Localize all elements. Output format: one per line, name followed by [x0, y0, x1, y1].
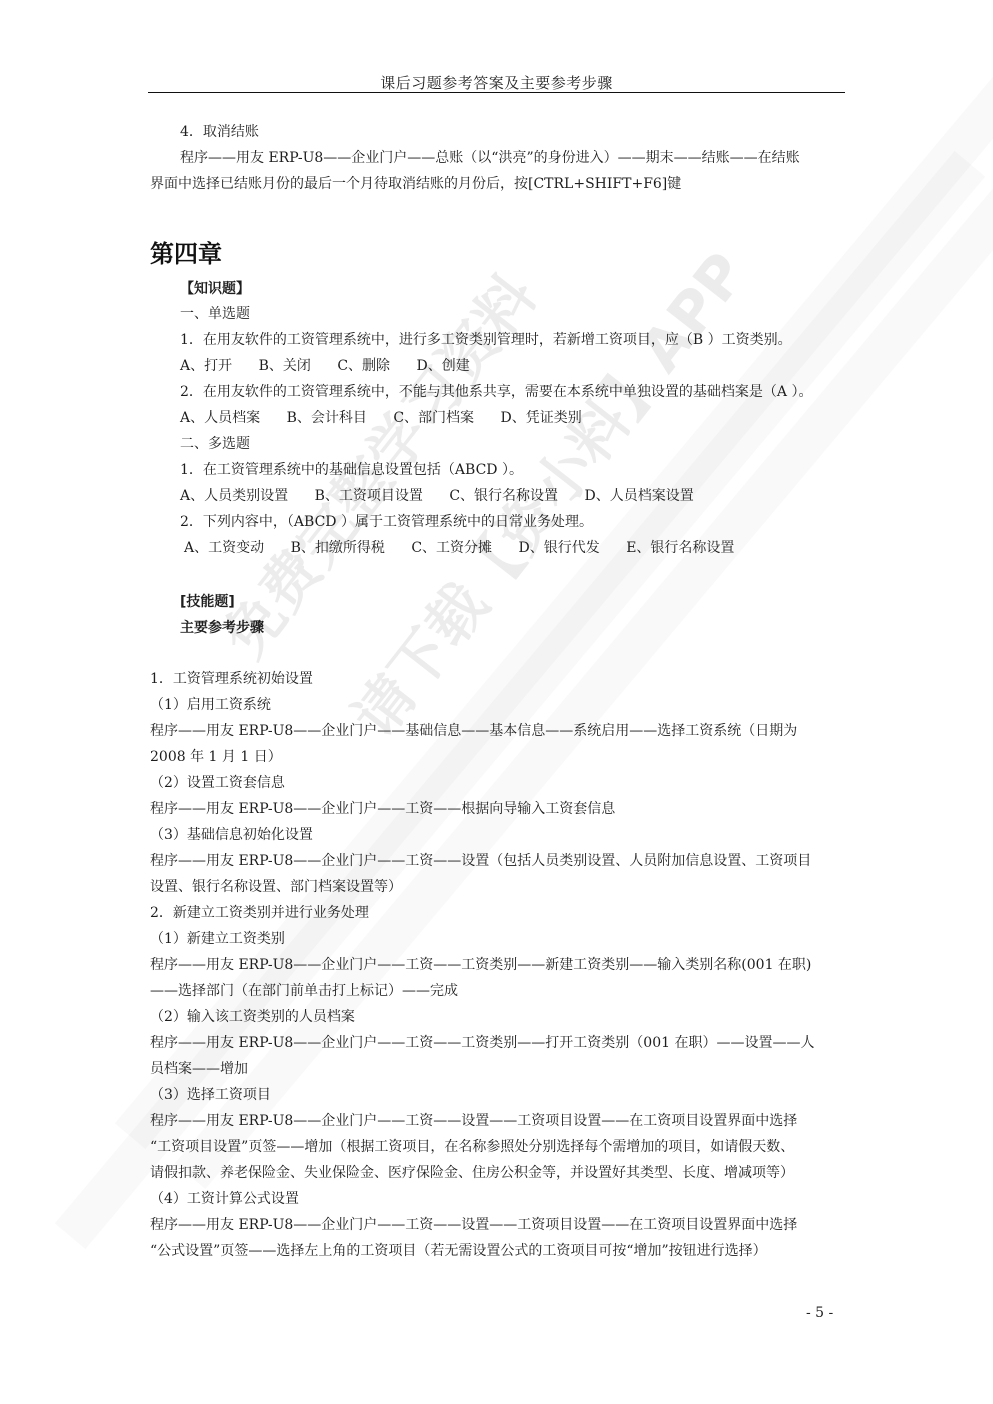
step-line: （2）设置工资套信息: [150, 773, 845, 793]
option: D、人员档案设置: [585, 486, 694, 506]
step-line: （3）选择工资项目: [150, 1085, 845, 1105]
document-page: 免费完整学习资料 请下载【资小料】APP 课后习题参考答案及主要参考步骤 4．取…: [0, 0, 993, 1404]
option: B、工资项目设置: [315, 486, 423, 506]
step-line: （3）基础信息初始化设置: [150, 825, 845, 845]
running-header: 课后习题参考答案及主要参考步骤: [148, 72, 845, 93]
question-text: 2．在用友软件的工资管理系统中，不能与其他系共享，需要在本系统中单独设置的基础档…: [180, 382, 875, 402]
step-line: 员档案——增加: [150, 1059, 845, 1079]
step-line: 程序——用友 ERP-U8——企业门户——工资——根据向导输入工资套信息: [150, 799, 845, 819]
step-line: 设置、银行名称设置、部门档案设置等）: [150, 877, 845, 897]
step-line: 程序——用友 ERP-U8——企业门户——工资——工资类别——新建工资类别——输…: [150, 955, 845, 975]
option: D、凭证类别: [501, 408, 582, 428]
paragraph-line: 程序——用友 ERP-U8——企业门户——总账（以“洪亮”的身份进入）——期末—…: [180, 148, 875, 168]
step-line: 2008 年 1 月 1 日）: [150, 747, 845, 767]
question-options: A、打开 B、关闭 C、删除 D、创建: [180, 356, 875, 376]
option: A、工资变动: [184, 538, 264, 558]
step-line: “公式设置”页签——选择左上角的工资项目（若无需设置公式的工资项目可按“增加”按…: [150, 1241, 845, 1261]
option: C、删除: [337, 356, 390, 376]
option: D、创建: [417, 356, 470, 376]
option: B、会计科目: [287, 408, 367, 428]
step-line: 程序——用友 ERP-U8——企业门户——基础信息——基本信息——系统启用——选…: [150, 721, 845, 741]
chapter-title: 第四章: [150, 234, 222, 269]
page-number: - 5 -: [806, 1305, 833, 1321]
step-line: 程序——用友 ERP-U8——企业门户——工资——设置——工资项目设置——在工资…: [150, 1111, 845, 1131]
question-options: A、人员类别设置 B、工资项目设置 C、银行名称设置 D、人员档案设置: [180, 486, 875, 506]
option: B、关闭: [259, 356, 311, 376]
option: B、扣缴所得税: [291, 538, 385, 558]
multi-choice-title: 二、多选题: [180, 434, 875, 454]
step-line: 请假扣款、养老保险金、失业保险金、医疗保险金、住房公积金等，并设置好其类型、长度…: [150, 1163, 845, 1183]
option: C、部门档案: [393, 408, 474, 428]
question-options: A、人员档案 B、会计科目 C、部门档案 D、凭证类别: [180, 408, 875, 428]
step-line: 2．新建立工资类别并进行业务处理: [150, 903, 845, 923]
step-line: （2）输入该工资类别的人员档案: [150, 1007, 845, 1027]
question-text: 1．在用友软件的工资管理系统中，进行多工资类别管理时，若新增工资项目，应（B ）…: [180, 330, 875, 350]
knowledge-label: 【知识题】: [180, 279, 875, 299]
option: A、人员档案: [180, 408, 260, 428]
header-rule: [148, 92, 845, 93]
question-text: 2．下列内容中，（ABCD ）属于工资管理系统中的日常业务处理。: [180, 512, 875, 532]
single-choice-title: 一、单选题: [180, 304, 875, 324]
step-line: （1）新建立工资类别: [150, 929, 845, 949]
step-line: 程序——用友 ERP-U8——企业门户——工资——设置——工资项目设置——在工资…: [150, 1215, 845, 1235]
option: A、人员类别设置: [180, 486, 288, 506]
option: D、银行代发: [519, 538, 600, 558]
option: E、银行名称设置: [626, 538, 734, 558]
skills-subtitle: 主要参考步骤: [180, 618, 875, 638]
question-text: 1．在工资管理系统中的基础信息设置包括（ABCD ）。: [180, 460, 875, 480]
step-line: （4）工资计算公式设置: [150, 1189, 845, 1209]
step-line: （1）启用工资系统: [150, 695, 845, 715]
option: C、工资分摊: [411, 538, 492, 558]
step-line: 程序——用友 ERP-U8——企业门户——工资——工资类别——打开工资类别（00…: [150, 1033, 845, 1053]
step-line: ——选择部门（在部门前单击打上标记）——完成: [150, 981, 845, 1001]
step-line: 1．工资管理系统初始设置: [150, 669, 845, 689]
skills-label: [技能题]: [180, 592, 875, 612]
step-line: “工资项目设置”页签——增加（根据工资项目，在名称参照处分别选择每个需增加的项目…: [150, 1137, 845, 1157]
option: A、打开: [180, 356, 232, 376]
section-heading: 4．取消结账: [180, 122, 875, 142]
paragraph-line: 界面中选择已结账月份的最后一个月待取消结账的月份后，按[CTRL+SHIFT+F…: [150, 174, 845, 194]
option: C、银行名称设置: [449, 486, 558, 506]
question-options: A、工资变动 B、扣缴所得税 C、工资分摊 D、银行代发 E、银行名称设置: [184, 538, 879, 558]
step-line: 程序——用友 ERP-U8——企业门户——工资——设置（包括人员类别设置、人员附…: [150, 851, 845, 871]
